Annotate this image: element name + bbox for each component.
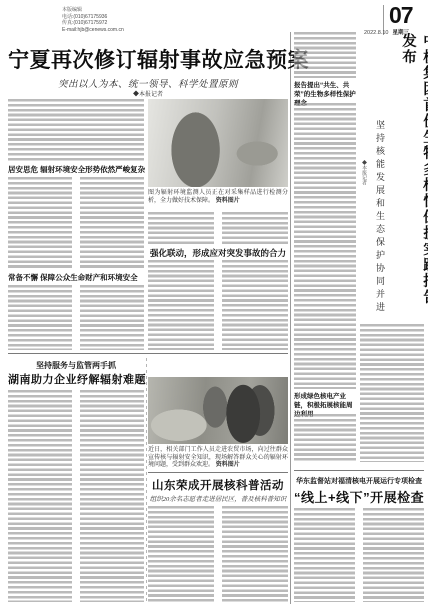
body-columns [8, 285, 144, 350]
shandong-headline: 山东荣成开展核科普活动 [148, 477, 288, 493]
lead-byline: ◆本报记者 [8, 89, 288, 98]
body-columns [8, 390, 144, 602]
simulated-body-text [148, 212, 214, 244]
section-divider [148, 472, 288, 473]
contact-line: E-mail:hjb@cenews.com.cn [62, 27, 182, 34]
cnnc-vertical-headline: 中核集团首份生物多样性保护实践报告发布 [398, 33, 428, 319]
photo-caption: 图为辐射环境监测人员正在对采集样品进行检测分析，全力做好技术保障。 资料图片 [148, 190, 288, 205]
simulated-body-text [8, 390, 72, 602]
street-photo-caption: 近日，相关部门工作人员走进农贸市场，向过往群众宣传核与辐射安全知识，现场解答群众… [148, 447, 288, 470]
lead-headline: 宁夏再次修订辐射事故应急预案 [8, 44, 288, 74]
section-divider [8, 353, 288, 354]
simulated-body-text [8, 99, 144, 161]
simulated-body-text [8, 285, 72, 350]
cnnc-vertical-byline: ◆本报记者 [361, 160, 368, 220]
body-columns [294, 508, 424, 602]
main-column-divider [290, 32, 291, 604]
simulated-body-text [360, 324, 424, 462]
page-number: 07 [389, 2, 413, 29]
lead-subhead-1: 居安思危 辐射环境安全形势依然严峻复杂 [8, 164, 144, 175]
simulated-body-text [80, 390, 144, 602]
simulated-body-text [222, 506, 288, 602]
section-divider [294, 470, 424, 471]
simulated-body-text [8, 177, 72, 269]
body-columns [148, 506, 288, 602]
hunan-kicker: 坚持服务与监管两手抓 [8, 360, 144, 371]
simulated-body-text [80, 177, 144, 269]
lab-monitoring-photo [148, 99, 288, 187]
shandong-subtitle: 组织20余名志愿者走进居民区，普及核科普知识 [148, 494, 288, 503]
lead-subhead-center: 强化联动，形成应对突发事故的合力 [148, 247, 288, 259]
simulated-body-text [148, 506, 214, 602]
photo-credit: 资料图片 [216, 198, 240, 204]
body-columns [8, 177, 144, 269]
simulated-body-text [294, 508, 355, 602]
masthead-contact: 本版编辑 电话:(010)67175936 传真:(010)67175972 E… [62, 7, 182, 33]
simulated-body-text [222, 260, 288, 350]
body-columns [148, 212, 288, 244]
date-text: 2022.8.10 [364, 30, 388, 36]
huadong-kicker: 华东监督站对福清核电开展运行专项检查 [294, 476, 424, 486]
simulated-body-text [363, 508, 424, 602]
column-divider [146, 358, 147, 604]
newspaper-page: 本版编辑 电话:(010)67175936 传真:(010)67175972 E… [0, 0, 428, 606]
simulated-body-text [80, 285, 144, 350]
lead-subhead-2: 常备不懈 保障公众生命财产和环境安全 [8, 272, 144, 283]
simulated-body-text [294, 103, 356, 389]
lead-subtitle: 突出以人为本、统一领导、科学处置原则 [8, 76, 288, 90]
simulated-body-text [294, 414, 356, 462]
simulated-body-text [222, 212, 288, 244]
huadong-headline: “线上+线下”开展检查 [294, 487, 424, 506]
hunan-headline: 湖南助力企业纾解辐射难题 [8, 371, 144, 387]
simulated-body-text [148, 260, 214, 350]
body-columns [148, 260, 288, 350]
cnnc-vertical-subtitle: 坚持核能发展和生态保护协同并进 [374, 120, 387, 318]
photo-credit: 资料图片 [216, 462, 240, 468]
street-outreach-photo [148, 377, 288, 444]
simulated-body-text [294, 32, 356, 78]
